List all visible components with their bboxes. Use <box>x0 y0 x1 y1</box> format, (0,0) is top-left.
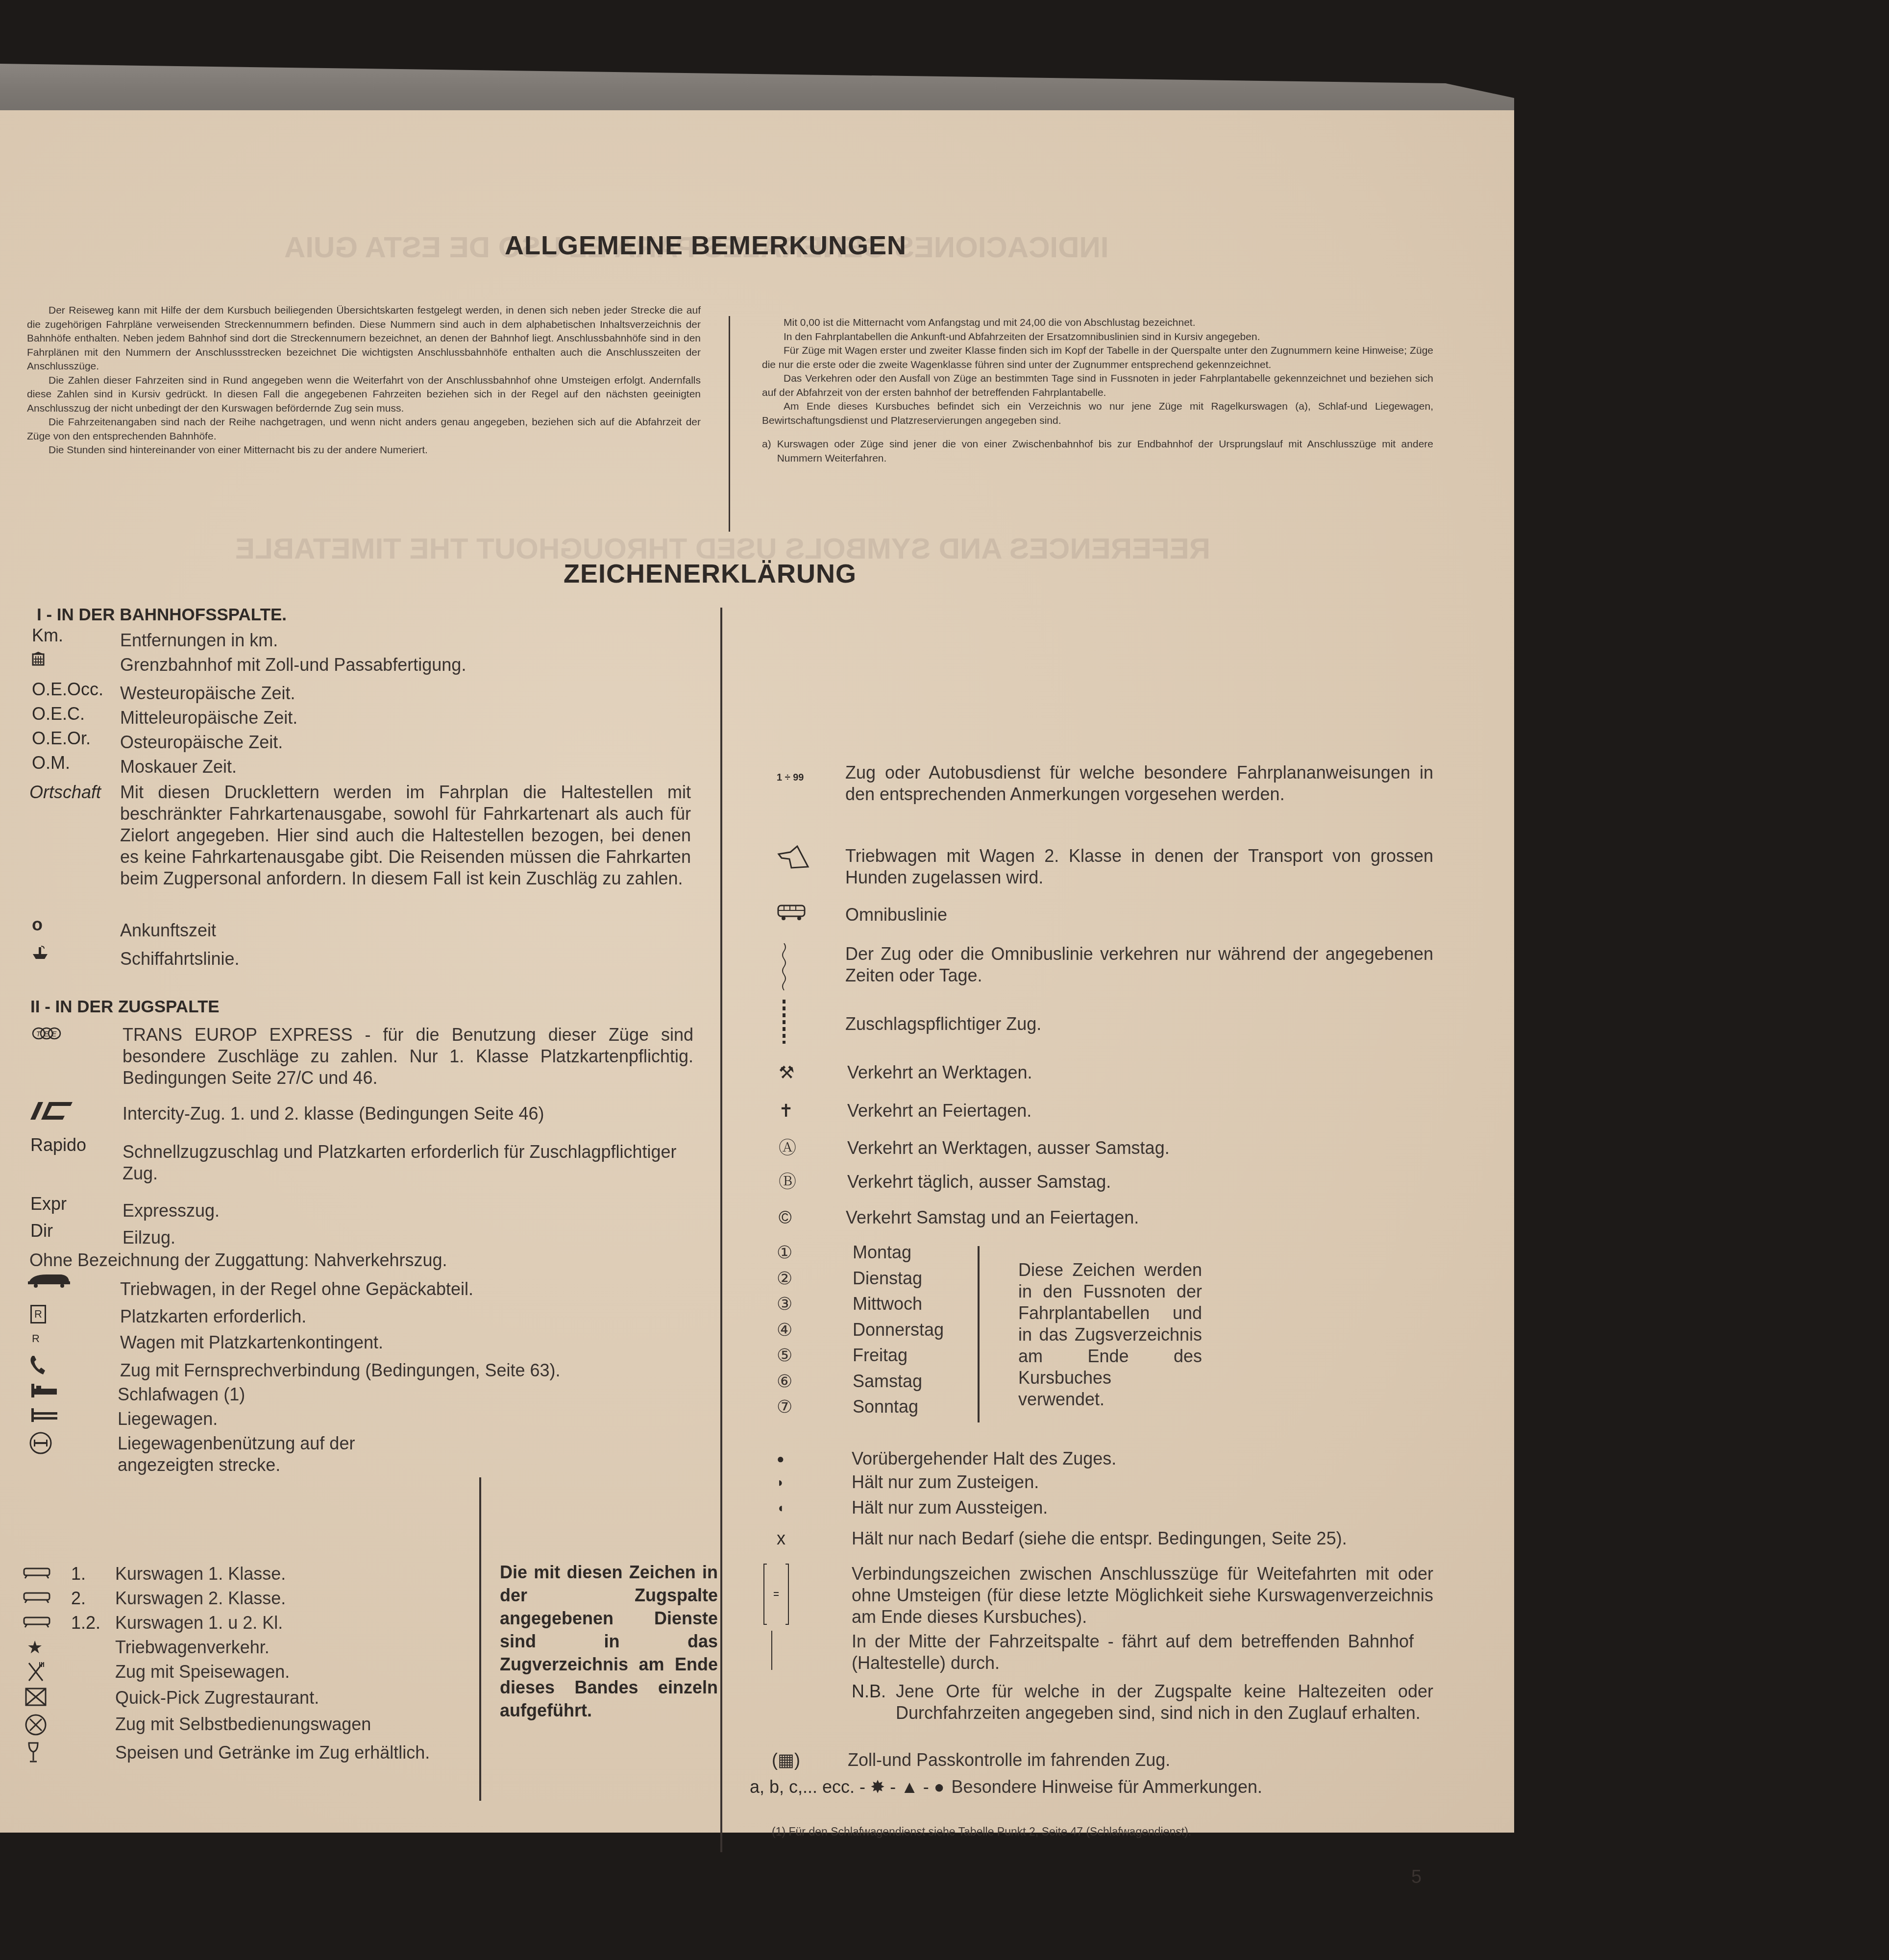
symbol-km: Km. <box>32 625 120 646</box>
legend-text: Zuschlagspflichtiger Zug. <box>845 1000 1433 1035</box>
day-saturday-icon: ⑥ <box>777 1369 853 1395</box>
legend-row: ⚒ Verkehrt an Werktagen. <box>777 1062 1433 1083</box>
svg-text:E: E <box>52 1030 57 1038</box>
legend-row: Intercity-Zug. 1. und 2. klasse (Bedingu… <box>29 1100 691 1127</box>
legend-text: Zug mit Selbstbedienungswagen <box>115 1714 490 1735</box>
section-1-title: I - IN DER BAHNHOFSSPALTE. <box>37 605 287 625</box>
legend-text: Mitteleuropäische Zeit. <box>120 703 693 729</box>
legend-text: Verbindungszeichen zwischen Anschlusszüg… <box>852 1563 1433 1628</box>
legend-text: Schlafwagen (1) <box>118 1382 519 1405</box>
legend-text: Zug oder Autobusdienst für welche besond… <box>845 762 1433 805</box>
bracket <box>978 1246 980 1422</box>
legend-text: Mit diesen Drucklettern werden im Fahrpl… <box>120 782 691 889</box>
legend-text: Liegewagen. <box>118 1406 519 1430</box>
day-sunday-icon: ⑦ <box>777 1394 853 1420</box>
legend-row: ◖ Hält nur zum Aussteigen. <box>777 1497 1433 1519</box>
legend-text: Ohne Bezeichnung der Zuggattung: Nahverk… <box>29 1249 691 1271</box>
legend-row: ● Vorübergehender Halt des Zuges. <box>777 1448 1433 1470</box>
legend-text: Schnellzugzuschlag und Platzkarten erfor… <box>123 1134 692 1184</box>
legend-row: TEE TRANS EUROP EXPRESS - für die Benutz… <box>32 1024 693 1089</box>
dining-icon <box>27 1661 115 1688</box>
symbol-rapido: Rapido <box>30 1134 123 1156</box>
legend-text: Expresszug. <box>123 1193 692 1222</box>
legend-text: Schiffahrtslinie. <box>120 943 693 970</box>
legend-text: In der Mitte der Fahrzeitspalte - fährt … <box>852 1631 1433 1674</box>
legend-row: In der Mitte der Fahrzeitspalte - fährt … <box>762 1631 1433 1675</box>
legend-row: 2. Kurswagen 2. Klasse. <box>22 1588 492 1609</box>
legend-text: Westeuropäische Zeit. <box>120 679 693 704</box>
workdays-icon: ⚒ <box>777 1062 847 1083</box>
intercity-icon <box>29 1100 123 1127</box>
nb-label: N.B. <box>852 1681 896 1702</box>
legend-text: Triebwagen, in der Regel ohne Gepäckabte… <box>120 1272 688 1300</box>
legend-text: Verkehrt Samstag und an Feiertagen. <box>846 1207 1433 1228</box>
dotted-line-icon <box>777 1000 845 1049</box>
legend-text: Kurswagen 2. Klasse. <box>115 1588 492 1609</box>
legend-text: Verkehrt an Feiertagen. <box>847 1100 1433 1122</box>
legend-row: Triebwagen, in der Regel ohne Gepäckabte… <box>27 1272 688 1300</box>
legend-row: x Hält nur nach Bedarf (siehe die entspr… <box>777 1528 1433 1549</box>
legend-row: Triebwagen mit Wagen 2. Klasse in denen … <box>777 845 1433 888</box>
legend-row: 1 ÷ 99 Zug oder Autobusdienst für welche… <box>777 762 1433 805</box>
arrival-icon: o <box>32 914 120 935</box>
legend-row: Zuschlagspflichtiger Zug. <box>777 1000 1433 1049</box>
legend-row: O.E.Or. Osteuropäische Zeit. <box>32 728 693 753</box>
day-row: ⑤Freitag <box>777 1343 982 1369</box>
legend-row: R Platzkarten erforderlich. <box>30 1301 692 1327</box>
telephone-icon <box>29 1355 120 1380</box>
symbol-expr: Expr <box>30 1193 123 1215</box>
legend-row: Speisen und Getränke im Zug erhältlich. <box>27 1742 492 1768</box>
svg-text:T: T <box>36 1030 41 1038</box>
footnote-text: Kurswagen oder Züge sind jener die von e… <box>777 438 1433 465</box>
border-station-icon <box>32 649 120 671</box>
reservation-required-icon: R <box>30 1301 120 1323</box>
symbol-dir: Dir <box>30 1220 123 1242</box>
legend-text: Grenzbahnhof mit Zoll-und Passabfertigun… <box>120 649 693 676</box>
days-note: Diese Zeichen werden in den Fussnoten de… <box>1018 1259 1202 1410</box>
symbol-oez: O.E.Or. <box>32 728 120 749</box>
day-monday-icon: ① <box>777 1240 853 1266</box>
legend-text: Zoll-und Passkontrolle im fahrenden Zug. <box>848 1749 1433 1771</box>
day-name: Freitag <box>853 1343 908 1369</box>
legend-text: Intercity-Zug. 1. und 2. klasse (Bedingu… <box>123 1100 691 1125</box>
legend-text: Verkehrt täglich, ausser Samstag. <box>847 1171 1433 1193</box>
legend-text: Besondere Hinweise für Ammerkungen. <box>952 1776 1436 1798</box>
bracket-note: Die mit diesen Zeichen in der Zugspalte … <box>500 1561 718 1722</box>
day-row: ⑥Samstag <box>777 1369 982 1395</box>
day-row: ③Mittwoch <box>777 1291 982 1317</box>
legend-row: Grenzbahnhof mit Zoll-und Passabfertigun… <box>32 649 693 676</box>
legend-row: Der Zug oder die Omnibuslinie verkehren … <box>777 943 1433 997</box>
legend-row: 1.2. Kurswagen 1. u 2. Kl. <box>22 1612 492 1634</box>
day-wednesday-icon: ③ <box>777 1291 853 1317</box>
circled-c-icon: © <box>777 1207 846 1228</box>
paragraph: Die Zahlen dieser Fahrzeiten sind in Run… <box>27 374 701 416</box>
note-range-icon: 1 ÷ 99 <box>777 762 845 788</box>
legend-text: Entfernungen in km. <box>120 625 693 651</box>
legend-row: Zug mit Fernsprechverbindung (Bedingunge… <box>29 1355 691 1381</box>
legend-row: Schlafwagen (1) <box>29 1382 519 1405</box>
legend-text: Hält nur nach Bedarf (siehe die entspr. … <box>852 1528 1433 1549</box>
legend-row: Omnibuslinie <box>777 904 1433 927</box>
paragraph: Das Verkehren oder den Ausfall von Züge … <box>762 372 1433 400</box>
ship-icon <box>32 943 120 965</box>
legend-text: Hält nur zum Aussteigen. <box>852 1497 1433 1519</box>
column-divider <box>720 608 722 1852</box>
paragraph: Der Reiseweg kann mit Hilfe der dem Kurs… <box>27 304 701 374</box>
footnote: (1) Für den Schlafwagendienst siehe Tabe… <box>772 1825 1191 1838</box>
class-number: 1. <box>71 1563 115 1585</box>
legend-text: Eilzug. <box>123 1220 692 1249</box>
through-coach-icon <box>22 1588 71 1609</box>
legend-row: ✝ Verkehrt an Feiertagen. <box>777 1100 1433 1122</box>
legend-row: Schiffahrtslinie. <box>32 943 693 970</box>
legend-row: Liegewagen. <box>29 1406 519 1430</box>
nb-row: N.B. Jene Orte für welche in der Zugspal… <box>852 1681 1433 1724</box>
connection-bracket-icon <box>762 1563 852 1632</box>
paragraph: In den Fahrplantabellen die Ankunft-und … <box>762 330 1433 344</box>
day-name: Dienstag <box>853 1266 922 1292</box>
self-service-icon <box>25 1714 115 1741</box>
through-coach-icon <box>22 1612 71 1634</box>
legend-row: ★ Triebwagenverkehr. <box>27 1637 492 1658</box>
day-name: Samstag <box>853 1369 922 1395</box>
day-name: Donnerstag <box>853 1317 944 1343</box>
symbol-wez: O.E.Occ. <box>32 679 120 700</box>
legend-text: Kurswagen 1. Klasse. <box>115 1563 492 1585</box>
legend-row: 1. Kurswagen 1. Klasse. <box>22 1563 492 1585</box>
reservation-quota-icon: R <box>32 1328 120 1349</box>
customs-on-train-icon: (▦) <box>772 1749 848 1771</box>
legend-text: Triebwagen mit Wagen 2. Klasse in denen … <box>845 845 1433 888</box>
legend-row: Km. Entfernungen in km. <box>32 625 693 651</box>
svg-text:E: E <box>44 1030 49 1038</box>
legend-text: Kurswagen 1. u 2. Kl. <box>115 1612 492 1634</box>
legend-row: Ⓑ Verkehrt täglich, ausser Samstag. <box>777 1171 1433 1193</box>
legend-text: TRANS EUROP EXPRESS - für die Benutzung … <box>123 1024 693 1089</box>
legend-row: O.M. Moskauer Zeit. <box>32 752 693 778</box>
quick-pick-icon <box>25 1687 115 1712</box>
legend-row: Ⓐ Verkehrt an Werktagen, ausser Samstag. <box>777 1137 1433 1159</box>
class-number: 1.2. <box>71 1612 115 1634</box>
legend-text: Zug mit Speisewagen. <box>115 1661 492 1683</box>
plain-line: Ohne Bezeichnung der Zuggattung: Nahverk… <box>29 1249 691 1271</box>
general-remarks-title: ALLGEMEINE BEMERKUNGEN <box>505 230 907 261</box>
footnote-a: a) Kurswagen oder Züge sind jener die vo… <box>762 438 1433 465</box>
legend-text: Moskauer Zeit. <box>120 752 693 778</box>
page-number: 5 <box>1411 1867 1422 1888</box>
paragraph: Am Ende dieses Kursbuches befindet sich … <box>762 400 1433 428</box>
day-name: Montag <box>853 1240 911 1266</box>
day-thursday-icon: ④ <box>777 1317 853 1343</box>
legend-title: ZEICHENERKLÄRUNG <box>564 559 857 589</box>
section-2-title: II - IN DER ZUGSPALTE <box>30 997 220 1017</box>
day-row: ②Dienstag <box>777 1266 982 1292</box>
alighting-only-icon: ◖ <box>777 1497 852 1519</box>
symbol-mez: O.E.C. <box>32 703 120 725</box>
legend-text: Hält nur zum Zusteigen. <box>852 1471 1433 1493</box>
railcar-icon <box>27 1272 120 1293</box>
legend-row: © Verkehrt Samstag und an Feiertagen. <box>777 1207 1433 1228</box>
legend-row: Quick-Pick Zugrestaurant. <box>25 1687 490 1712</box>
legend-row: a, b, c,... ecc. - ✸ - ▲ - ● Besondere H… <box>750 1776 1436 1798</box>
day-row: ④Donnerstag <box>777 1317 982 1343</box>
boarding-only-icon: ◗ <box>777 1471 852 1493</box>
class-number: 2. <box>71 1588 115 1609</box>
legend-row: Expr Expresszug. <box>30 1193 692 1222</box>
day-tuesday-icon: ② <box>777 1266 853 1292</box>
holidays-icon: ✝ <box>777 1100 847 1122</box>
circled-a-icon: Ⓐ <box>777 1137 847 1159</box>
legend-text: Speisen und Getränke im Zug erhältlich. <box>115 1742 492 1764</box>
legend-row: R Wagen mit Platzkartenkontingent. <box>32 1328 693 1353</box>
legend-row: Dir Eilzug. <box>30 1220 692 1249</box>
footnote-marker: a) <box>762 438 771 465</box>
paragraph: Die Fahrzeitenangaben sind nach der Reih… <box>27 416 701 443</box>
request-stop-icon: x <box>777 1528 852 1549</box>
paragraph: Für Züge mit Wagen erster und zweiter Kl… <box>762 344 1433 372</box>
wavy-line-icon <box>777 943 845 997</box>
legend-text: Platzkarten erforderlich. <box>120 1301 692 1327</box>
circled-b-icon: Ⓑ <box>777 1171 847 1193</box>
couchette-icon <box>29 1406 118 1428</box>
legend-text: Triebwagenverkehr. <box>115 1637 492 1658</box>
legend-text: Verkehrt an Werktagen. <box>847 1062 1433 1083</box>
day-name: Sonntag <box>853 1394 918 1420</box>
day-row: ①Montag <box>777 1240 982 1266</box>
glass-icon <box>27 1742 115 1768</box>
legend-text: Wagen mit Platzkartenkontingent. <box>120 1328 693 1353</box>
dog-icon <box>777 845 845 875</box>
sleeper-icon <box>29 1382 118 1403</box>
legend-text: Jene Orte für welche in der Zugspalte ke… <box>896 1681 1433 1724</box>
temporary-stop-icon: ● <box>777 1448 852 1470</box>
legend-row: Zug mit Selbstbedienungswagen <box>25 1714 490 1741</box>
legend-text: Omnibuslinie <box>845 904 1433 926</box>
days-list: ①Montag ②Dienstag ③Mittwoch ④Donnerstag … <box>777 1240 982 1420</box>
legend-text: Ankunftszeit <box>120 914 693 941</box>
legend-text: Der Zug oder die Omnibuslinie verkehren … <box>845 943 1433 986</box>
symbol-ortschaft: Ortschaft <box>29 782 120 803</box>
day-friday-icon: ⑤ <box>777 1343 853 1369</box>
general-remarks-left: Der Reiseweg kann mit Hilfe der dem Kurs… <box>27 304 701 458</box>
paragraph: Die Stunden sind hintereinander von eine… <box>27 443 701 458</box>
legend-row: Rapido Schnellzugzuschlag und Platzkarte… <box>30 1134 692 1184</box>
legend-row: Liegewagenbenützung auf der angezeigten … <box>28 1431 381 1476</box>
symbol-moscow: O.M. <box>32 752 120 774</box>
legend-text: Verkehrt an Werktagen, ausser Samstag. <box>847 1137 1433 1159</box>
legend-text: Osteuropäische Zeit. <box>120 728 693 753</box>
through-coach-icon <box>22 1563 71 1585</box>
legend-row: Ortschaft Mit diesen Drucklettern werden… <box>29 782 691 889</box>
legend-text: Zug mit Fernsprechverbindung (Bedingunge… <box>120 1355 691 1381</box>
legend-row: Verbindungszeichen zwischen Anschlusszüg… <box>762 1563 1433 1632</box>
couchette-route-icon <box>28 1431 118 1460</box>
pass-through-icon <box>762 1631 852 1675</box>
star-icon: ★ <box>27 1637 115 1658</box>
bracket <box>479 1477 481 1801</box>
bus-icon <box>777 904 845 927</box>
legend-row: O.E.C. Mitteleuropäische Zeit. <box>32 703 693 729</box>
general-remarks-right: Mit 0,00 ist die Mitternacht vom Anfangs… <box>762 316 1433 465</box>
day-name: Mittwoch <box>853 1291 922 1317</box>
paragraph: Mit 0,00 ist die Mitternacht vom Anfangs… <box>762 316 1433 330</box>
column-divider <box>729 316 730 532</box>
legend-row: O.E.Occ. Westeuropäische Zeit. <box>32 679 693 704</box>
tee-icon: TEE <box>32 1024 123 1046</box>
legend-row: o Ankunftszeit <box>32 914 693 941</box>
legend-text: Liegewagenbenützung auf der angezeigten … <box>118 1431 381 1476</box>
special-notes-symbols: a, b, c,... ecc. - ✸ - ▲ - ● <box>750 1776 952 1798</box>
legend-row: (▦) Zoll-und Passkontrolle im fahrenden … <box>772 1749 1433 1771</box>
day-row: ⑦Sonntag <box>777 1394 982 1420</box>
book-page: INDICACIONES GENERALES PARA EL USO DE ES… <box>0 110 1514 1833</box>
legend-row: ◗ Hält nur zum Zusteigen. <box>777 1471 1433 1493</box>
legend-text: Vorübergehender Halt des Zuges. <box>852 1448 1433 1470</box>
legend-text: Quick-Pick Zugrestaurant. <box>115 1687 490 1709</box>
legend-row: Zug mit Speisewagen. <box>27 1661 492 1688</box>
